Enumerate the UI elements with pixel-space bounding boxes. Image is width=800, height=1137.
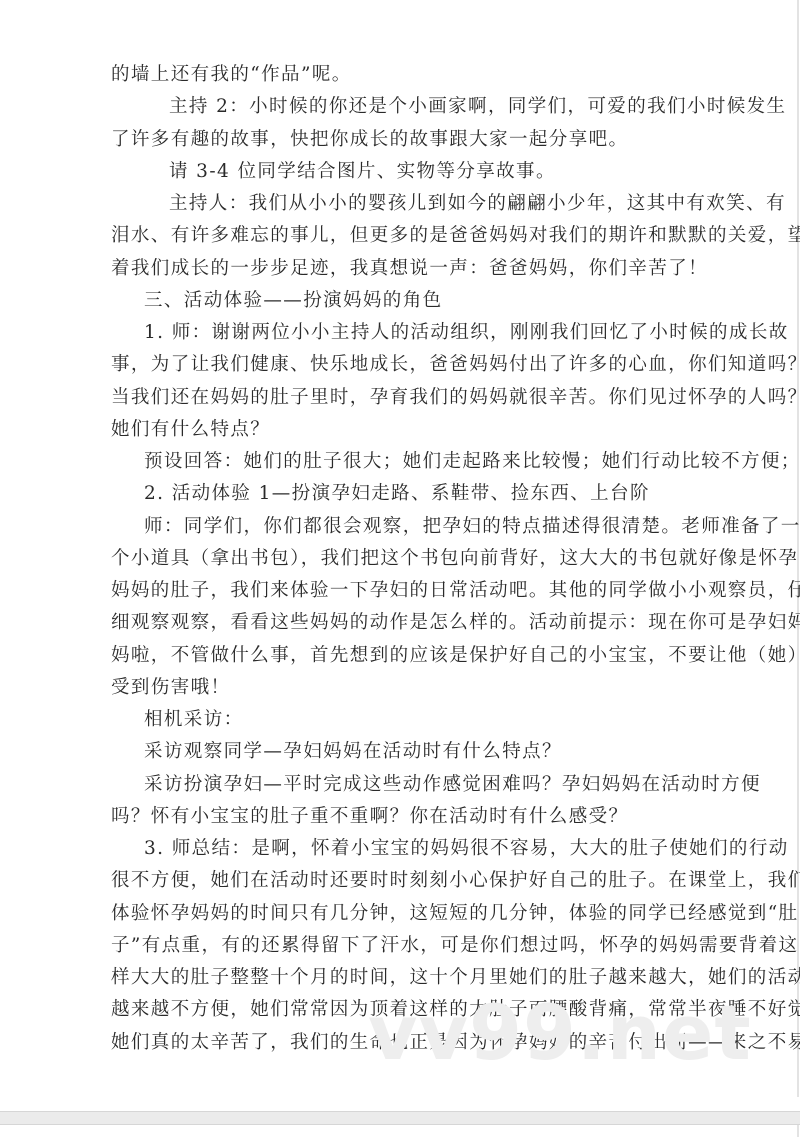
text-line: 很不方便，她们在活动时还要时时刻刻小心保护好自己的肚子。在课堂上，我们 (111, 865, 679, 897)
text-line: 吗？怀有小宝宝的肚子重不重啊？你在活动时有什么感受？ (111, 801, 679, 833)
text-line: 预设回答：她们的肚子很大；她们走起路来比较慢；她们行动比较不方便； (111, 446, 679, 478)
text-line: 相机采访： (111, 704, 679, 736)
text-line: 主持 2：小时候的你还是个小画家啊，同学们，可爱的我们小时候发生 (111, 91, 679, 123)
next-page-top (0, 1125, 799, 1137)
text-line: 3. 师总结：是啊，怀着小宝宝的妈妈很不容易，大大的肚子使她们的行动 (111, 833, 679, 865)
text-line: 采访扮演孕妇—平时完成这些动作感觉困难吗？孕妇妈妈在活动时方便 (111, 769, 679, 801)
watermark: vv99.net (368, 995, 752, 1071)
text-line: 采访观察同学—孕妇妈妈在活动时有什么特点？ (111, 736, 679, 768)
text-line: 子”有点重，有的还累得留下了汗水，可是你们想过吗，怀孕的妈妈需要背着这 (111, 930, 679, 962)
document-body: 的墙上还有我的“作品”呢。主持 2：小时候的你还是个小画家啊，同学们，可爱的我们… (111, 59, 679, 1059)
text-line: 泪水、有许多难忘的事儿，但更多的是爸爸妈妈对我们的期许和默默的关爱，望 (111, 220, 679, 252)
text-line: 受到伤害哦！ (111, 672, 679, 704)
text-line: 着我们成长的一步步足迹，我真想说一声：爸爸妈妈，你们辛苦了！ (111, 253, 679, 285)
text-line: 请 3-4 位同学结合图片、实物等分享故事。 (111, 156, 679, 188)
text-line: 了许多有趣的故事，快把你成长的故事跟大家一起分享吧。 (111, 124, 679, 156)
text-line: 的墙上还有我的“作品”呢。 (111, 59, 679, 91)
text-line: 三、活动体验——扮演妈妈的角色 (111, 285, 679, 317)
text-line: 细观察观察，看看这些妈妈的动作是怎么样的。活动前提示：现在你可是孕妇妈 (111, 607, 679, 639)
text-line: 主持人：我们从小小的婴孩儿到如今的翩翩小少年，这其中有欢笑、有 (111, 188, 679, 220)
text-line: 事，为了让我们健康、快乐地成长，爸爸妈妈付出了许多的心血，你们知道吗？ (111, 349, 679, 381)
text-line: 妈啦，不管做什么事，首先想到的应该是保护好自己的小宝宝，不要让他（她） (111, 640, 679, 672)
text-line: 她们有什么特点？ (111, 414, 679, 446)
text-line: 师：同学们，你们都很会观察，把孕妇的特点描述得很清楚。老师准备了一 (111, 511, 679, 543)
text-line: 1. 师：谢谢两位小小主持人的活动组织，刚刚我们回忆了小时候的成长故 (111, 317, 679, 349)
text-line: 体验怀孕妈妈的时间只有几分钟，这短短的几分钟，体验的同学已经感觉到“肚 (111, 898, 679, 930)
document-page: 的墙上还有我的“作品”呢。主持 2：小时候的你还是个小画家啊，同学们，可爱的我们… (0, 0, 799, 1097)
text-line: 妈妈的肚子，我们来体验一下孕妇的日常活动吧。其他的同学做小小观察员，仔 (111, 575, 679, 607)
page-separator (0, 1111, 800, 1125)
text-line: 当我们还在妈妈的肚子里时，孕育我们的妈妈就很辛苦。你们见过怀孕的人吗？ (111, 382, 679, 414)
text-line: 2. 活动体验 1—扮演孕妇走路、系鞋带、捡东西、上台阶 (111, 478, 679, 510)
text-line: 个小道具（拿出书包），我们把这个书包向前背好，这大大的书包就好像是怀孕 (111, 543, 679, 575)
